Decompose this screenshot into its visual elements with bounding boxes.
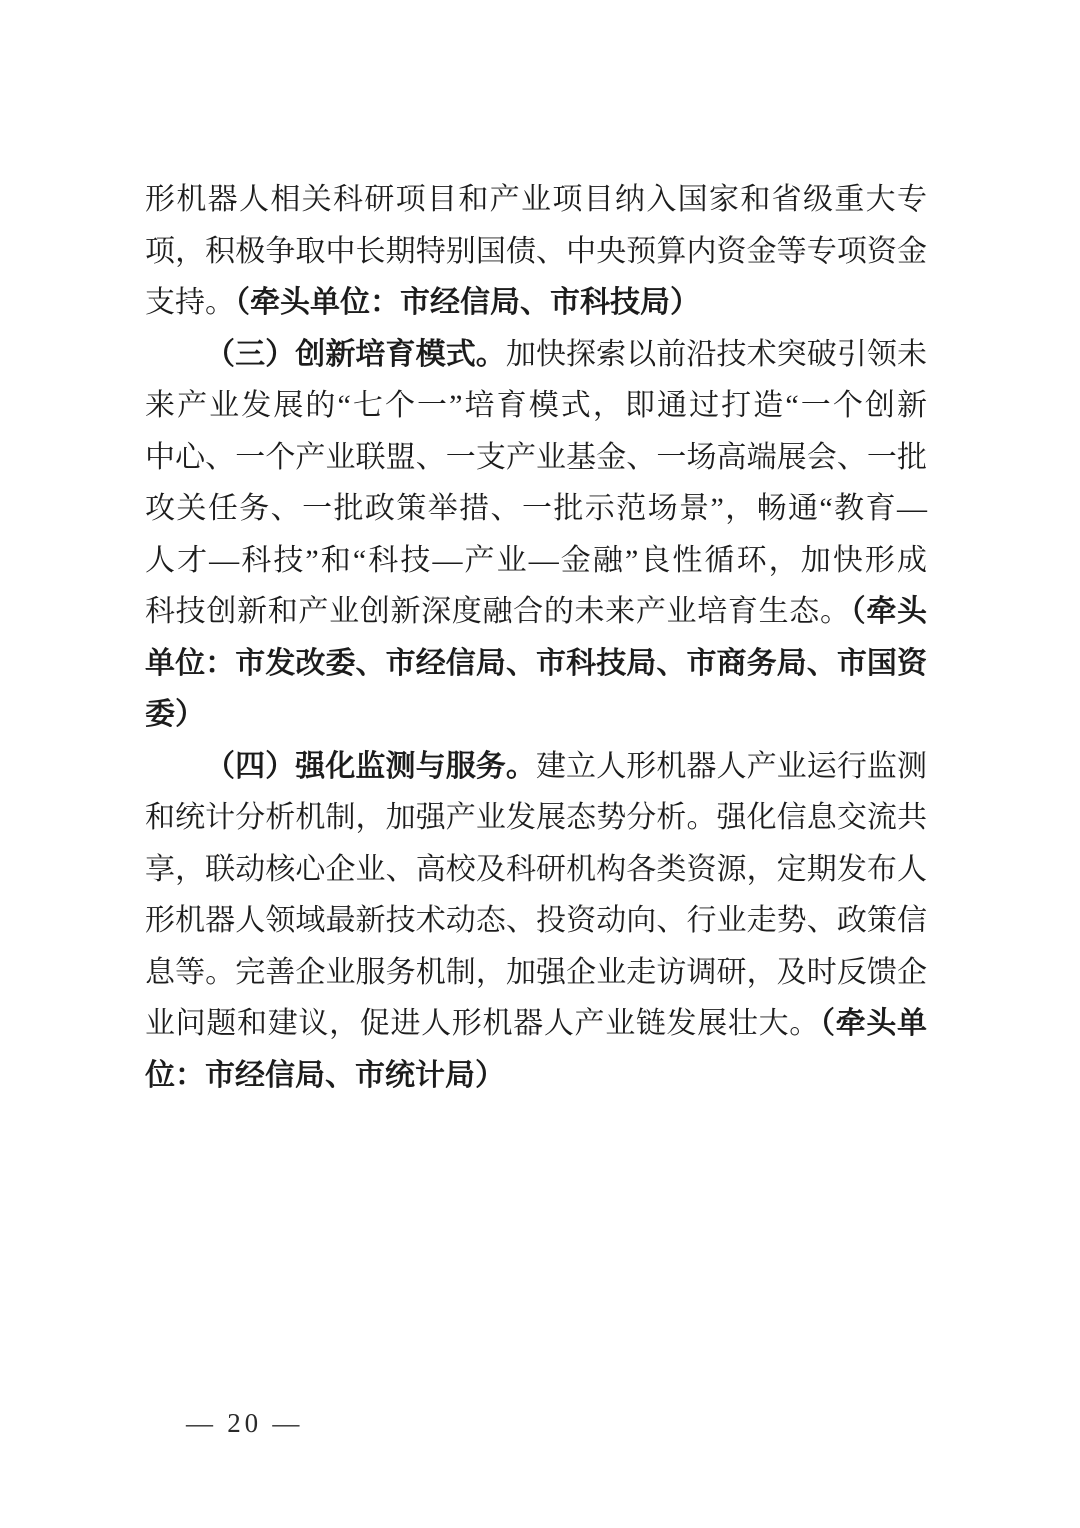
- text-segment: 加快探索以前沿技术突破引领未: [506, 338, 927, 371]
- text-segment: 中心、一个产业联盟、一支产业基金、一场高端展会、一批: [145, 441, 927, 474]
- text-segment: 项，积极争取中长期特别国债、中央预算内资金等专项资金: [145, 235, 927, 268]
- text-line: 人才—科技”和“科技—产业—金融”良性循环，加快形成: [145, 535, 927, 587]
- bold-segment: （牵头: [851, 595, 927, 628]
- text-segment: 享，联动核心企业、高校及科研机构各类资源，定期发布人: [145, 853, 927, 886]
- text-line: 享，联动核心企业、高校及科研机构各类资源，定期发布人: [145, 844, 927, 896]
- text-segment: 和统计分析机制，加强产业发展态势分析。强化信息交流共: [145, 801, 927, 834]
- bold-segment: （四）强化监测与服务。: [205, 750, 536, 783]
- text-line: 和统计分析机制，加强产业发展态势分析。强化信息交流共: [145, 792, 927, 844]
- text-line: 来产业发展的“七个一”培育模式，即通过打造“一个创新: [145, 380, 927, 432]
- page-number: — 20 —: [186, 1408, 303, 1439]
- text-line: 形机器人领域最新技术动态、投资动向、行业走势、政策信: [145, 895, 927, 947]
- text-line: 单位：市发改委、市经信局、市科技局、市商务局、市国资: [145, 638, 927, 690]
- text-segment: 科技创新和产业创新深度融合的未来产业培育生态。: [145, 595, 851, 628]
- text-segment: 攻关任务、一批政策举措、一批示范场景”，畅通“教育—: [145, 492, 927, 525]
- text-segment: 形机器人相关科研项目和产业项目纳入国家和省级重大专: [145, 183, 927, 216]
- bold-segment: 位：市经信局、市统计局）: [145, 1059, 505, 1092]
- text-line: （三）创新培育模式。加快探索以前沿技术突破引领未: [145, 329, 927, 381]
- text-segment: 息等。完善企业服务机制，加强企业走访调研，及时反馈企: [145, 956, 927, 989]
- bold-segment: 单位：市发改委、市经信局、市科技局、市商务局、市国资: [145, 647, 927, 680]
- text-line: 支持。（牵头单位：市经信局、市科技局）: [145, 277, 927, 329]
- text-line: 业问题和建议，促进人形机器人产业链发展壮大。（牵头单: [145, 998, 927, 1050]
- text-line: （四）强化监测与服务。建立人形机器人产业运行监测: [145, 741, 927, 793]
- text-segment: 建立人形机器人产业运行监测: [536, 750, 927, 783]
- text-block: 形机器人相关科研项目和产业项目纳入国家和省级重大专项，积极争取中长期特别国债、中…: [145, 174, 927, 1101]
- text-line: 项，积极争取中长期特别国债、中央预算内资金等专项资金: [145, 226, 927, 278]
- text-segment: 形机器人领域最新技术动态、投资动向、行业走势、政策信: [145, 904, 927, 937]
- text-line: 委）: [145, 689, 927, 741]
- text-segment: 业问题和建议，促进人形机器人产业链发展壮大。: [145, 1007, 820, 1040]
- bold-segment: （牵头单: [820, 1007, 927, 1040]
- text-segment: 人才—科技”和“科技—产业—金融”良性循环，加快形成: [145, 544, 927, 577]
- text-line: 中心、一个产业联盟、一支产业基金、一场高端展会、一批: [145, 432, 927, 484]
- text-segment: 来产业发展的“七个一”培育模式，即通过打造“一个创新: [145, 389, 927, 422]
- document-page: 形机器人相关科研项目和产业项目纳入国家和省级重大专项，积极争取中长期特别国债、中…: [0, 0, 1080, 1528]
- bold-segment: （三）创新培育模式。: [205, 338, 506, 371]
- bold-segment: 委）: [145, 698, 205, 731]
- bold-segment: （牵头单位：市经信局、市科技局）: [235, 286, 700, 319]
- text-line: 科技创新和产业创新深度融合的未来产业培育生态。（牵头: [145, 586, 927, 638]
- text-line: 攻关任务、一批政策举措、一批示范场景”，畅通“教育—: [145, 483, 927, 535]
- text-line: 形机器人相关科研项目和产业项目纳入国家和省级重大专: [145, 174, 927, 226]
- text-segment: 支持。: [145, 286, 235, 319]
- text-line: 息等。完善企业服务机制，加强企业走访调研，及时反馈企: [145, 947, 927, 999]
- text-line: 位：市经信局、市统计局）: [145, 1050, 927, 1102]
